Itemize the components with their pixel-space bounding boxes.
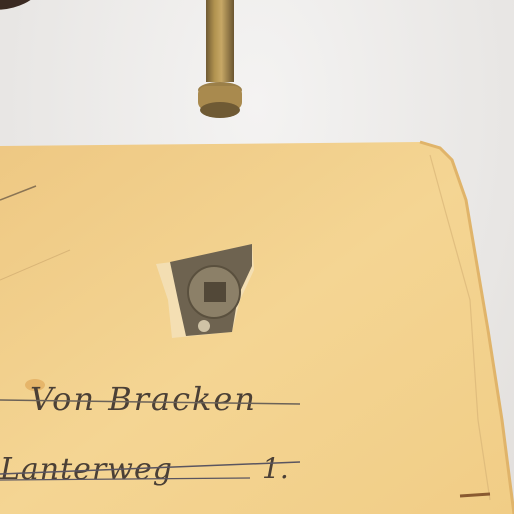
photo-scene: Von Bracken Lanterweg 1. <box>0 0 514 514</box>
strikethrough-lines <box>0 0 514 514</box>
